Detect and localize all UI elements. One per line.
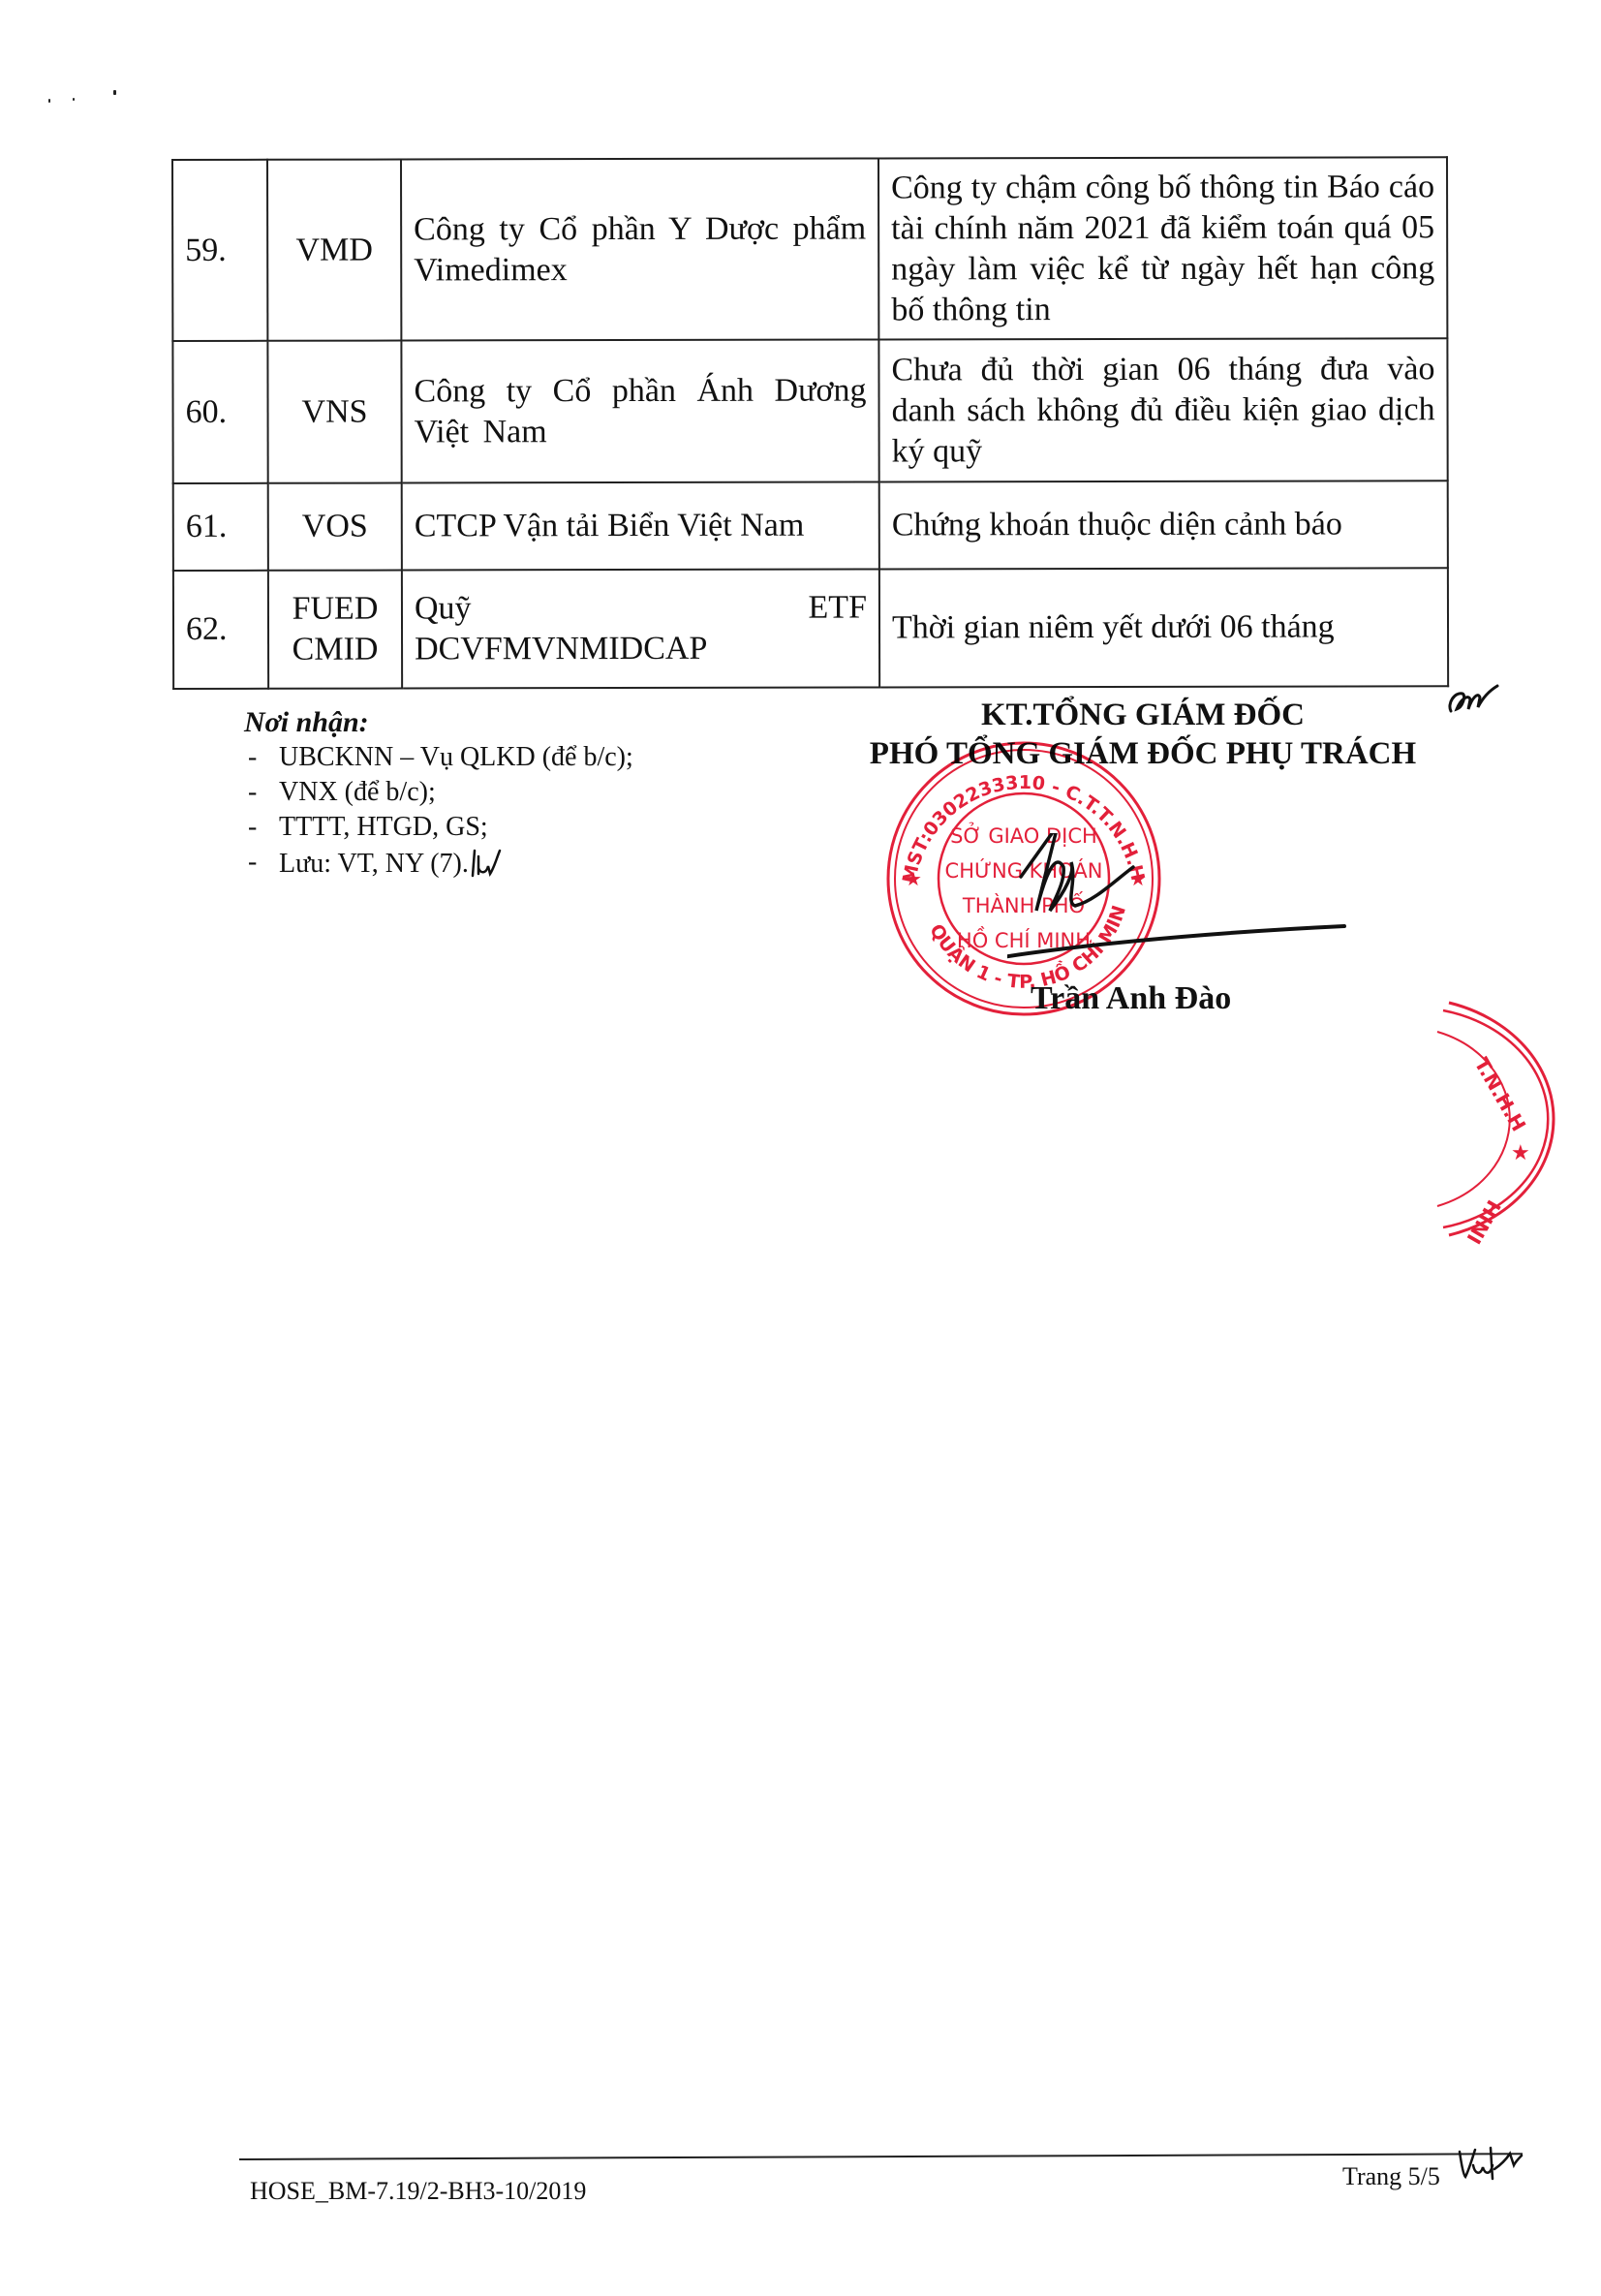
recipient-item: UBCKNN – Vụ QLKD (để b/c); bbox=[244, 740, 633, 775]
securities-table: 59. VMD Công ty Cổ phần Y Dược phẩm Vime… bbox=[171, 156, 1449, 690]
row-number: 59. bbox=[172, 160, 267, 341]
stock-code: FUED CMID bbox=[268, 571, 402, 689]
svg-text:★: ★ bbox=[1511, 1141, 1530, 1165]
recipient-item: Lưu: VT, NY (7). bbox=[244, 845, 633, 882]
stock-code-line: CMID bbox=[281, 630, 389, 670]
form-code: HOSE_BM-7.19/2-BH3-10/2019 bbox=[250, 2177, 586, 2206]
recipients-list: UBCKNN – Vụ QLKD (để b/c); VNX (để b/c);… bbox=[244, 740, 633, 882]
recipients-title: Nơi nhận: bbox=[244, 705, 633, 740]
handwritten-signature-icon bbox=[1007, 833, 1395, 978]
svg-text:T.N.H.H: T.N.H.H bbox=[1470, 1054, 1531, 1135]
svg-text:★: ★ bbox=[905, 867, 922, 890]
stock-code: VMD bbox=[267, 160, 401, 341]
stock-code: VOS bbox=[268, 483, 402, 571]
signer-name: Trần Anh Đào bbox=[1031, 980, 1231, 1017]
company-name: CTCP Vận tải Biển Việt Nam bbox=[402, 481, 879, 570]
recipients-block: Nơi nhận: UBCKNN – Vụ QLKD (để b/c); VNX… bbox=[244, 705, 633, 882]
recipient-item: VNX (để b/c); bbox=[244, 775, 633, 810]
reason: Chứng khoán thuộc diện cảnh báo bbox=[879, 481, 1448, 569]
initial-mark-icon bbox=[469, 845, 502, 878]
recipient-item: TTTT, HTGD, GS; bbox=[244, 810, 633, 845]
reason: Công ty chậm công bố thông tin Báo cáo t… bbox=[878, 157, 1447, 339]
stock-code: VNS bbox=[267, 341, 401, 483]
footer-initial-icon bbox=[1456, 2146, 1524, 2185]
row-number: 61. bbox=[173, 483, 268, 571]
scan-speck bbox=[73, 98, 75, 101]
company-name-part: ETF bbox=[808, 587, 867, 628]
row-number: 60. bbox=[172, 341, 267, 483]
row-number: 62. bbox=[173, 571, 268, 689]
scan-speck bbox=[113, 90, 116, 95]
reason: Thời gian niêm yết dưới 06 tháng bbox=[879, 568, 1448, 687]
table-row: 61. VOS CTCP Vận tải Biển Việt Nam Chứng… bbox=[173, 481, 1448, 571]
page-number: Trang 5/5 bbox=[1342, 2162, 1440, 2191]
stock-code-line: FUED bbox=[281, 589, 389, 630]
company-name-part: DCVFMVNMIDCAP bbox=[415, 628, 867, 669]
table-row: 62. FUED CMID Quỹ ETF DCVFMVNMIDCAP Thời… bbox=[173, 568, 1448, 689]
company-name: Công ty Cổ phần Ánh Dương Việt Nam bbox=[401, 339, 878, 482]
table-row: 59. VMD Công ty Cổ phần Y Dược phẩm Vime… bbox=[172, 157, 1447, 341]
reason: Chưa đủ thời gian 06 tháng đưa vào danh … bbox=[878, 338, 1447, 481]
signature-title-line1: KT.TỔNG GIÁM ĐỐC bbox=[823, 696, 1462, 734]
scan-speck bbox=[48, 99, 50, 103]
footer-divider bbox=[239, 2153, 1523, 2160]
company-name: Công ty Cổ phần Y Dược phẩm Vimedimex bbox=[401, 158, 878, 340]
table-row: 60. VNS Công ty Cổ phần Ánh Dương Việt N… bbox=[172, 338, 1447, 483]
company-name: Quỹ ETF DCVFMVNMIDCAP bbox=[402, 569, 879, 688]
company-name-part: Quỹ bbox=[415, 588, 472, 629]
recipient-item-text: Lưu: VT, NY (7). bbox=[279, 849, 469, 879]
partial-seal-icon: T.N.H.H ★ HINI bbox=[1433, 993, 1588, 1245]
